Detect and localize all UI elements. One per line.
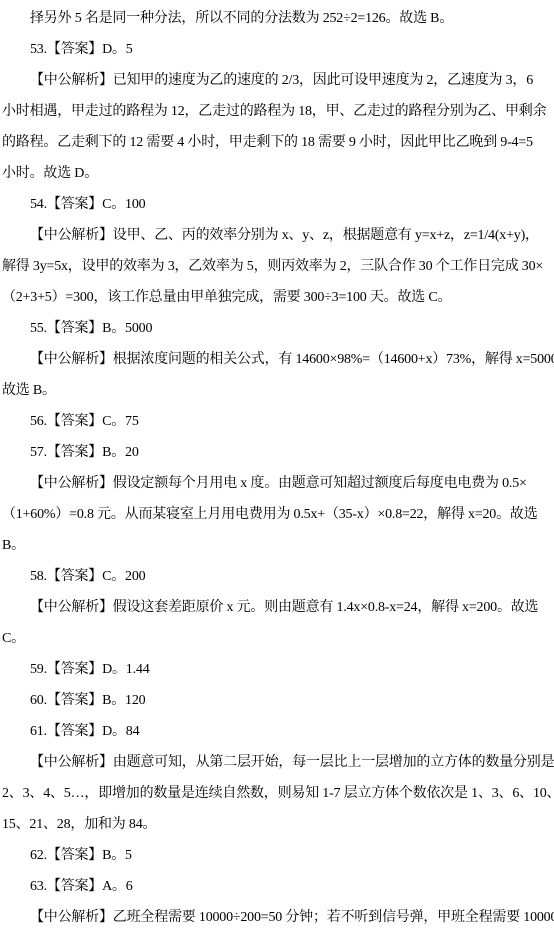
text-line: 【中公解析】乙班全程需要 10000÷200=50 分钟；若不听到信号弹，甲班全… — [2, 902, 554, 933]
text-line: 【中公解析】已知甲的速度为乙的速度的 2/3，因此可设甲速度为 2，乙速度为 3… — [2, 65, 554, 96]
text-line: B。 — [2, 530, 554, 561]
text-line: 56.【答案】C。75 — [2, 406, 554, 437]
text-line: 【中公解析】假设这套差距原价 x 元。则由题意有 1.4x×0.8-x=24，解… — [2, 592, 554, 623]
text-line: C。 — [2, 623, 554, 654]
text-line: 小时相遇，甲走过的路程为 12，乙走过的路程为 18，甲、乙走过的路程分别为乙、… — [2, 96, 554, 127]
text-line: 【中公解析】假设定额每个月用电 x 度。由题意可知超过额度后每度电电费为 0.5… — [2, 468, 554, 499]
text-line: 61.【答案】D。84 — [2, 716, 554, 747]
text-line: 55.【答案】B。5000 — [2, 313, 554, 344]
text-line: 54.【答案】C。100 — [2, 189, 554, 220]
text-line: 2、3、4、5…，即增加的数量是连续自然数，则易知 1-7 层立方体个数依次是 … — [2, 778, 554, 809]
text-line: 【中公解析】根据浓度问题的相关公式，有 14600×98%=（14600+x）7… — [2, 344, 554, 375]
text-line: 58.【答案】C。200 — [2, 561, 554, 592]
text-line: 【中公解析】设甲、乙、丙的效率分别为 x、y、z，根据题意有 y=x+z，z=1… — [2, 220, 554, 251]
text-line: （2+3+5）=300，该工作总量由甲单独完成，需要 300÷3=100 天。故… — [2, 282, 554, 313]
text-line: 小时。故选 D。 — [2, 158, 554, 189]
text-line: 60.【答案】B。120 — [2, 685, 554, 716]
text-line: 62.【答案】B。5 — [2, 840, 554, 871]
text-line: （1+60%）=0.8 元。从而某寝室上月用电费用为 0.5x+（35-x）×0… — [2, 499, 554, 530]
text-line: 的路程。乙走剩下的 12 需要 4 小时，甲走剩下的 18 需要 9 小时，因此… — [2, 127, 554, 158]
text-line: 63.【答案】A。6 — [2, 871, 554, 902]
text-line: 故选 B。 — [2, 375, 554, 406]
text-line: 57.【答案】B。20 — [2, 437, 554, 468]
text-line: 【中公解析】由题意可知，从第二层开始，每一层比上一层增加的立方体的数量分别是 — [2, 747, 554, 778]
document-page: 择另外 5 名是同一种分法，所以不同的分法数为 252÷2=126。故选 B。 … — [0, 0, 554, 936]
text-line: 53.【答案】D。5 — [2, 34, 554, 65]
text-line: 解得 3y=5x，设甲的效率为 3，乙效率为 5，则丙效率为 2，三队合作 30… — [2, 251, 554, 282]
text-line: 择另外 5 名是同一种分法，所以不同的分法数为 252÷2=126。故选 B。 — [2, 3, 554, 34]
text-line: 59.【答案】D。1.44 — [2, 654, 554, 685]
text-line: 15、21、28，加和为 84。 — [2, 809, 554, 840]
